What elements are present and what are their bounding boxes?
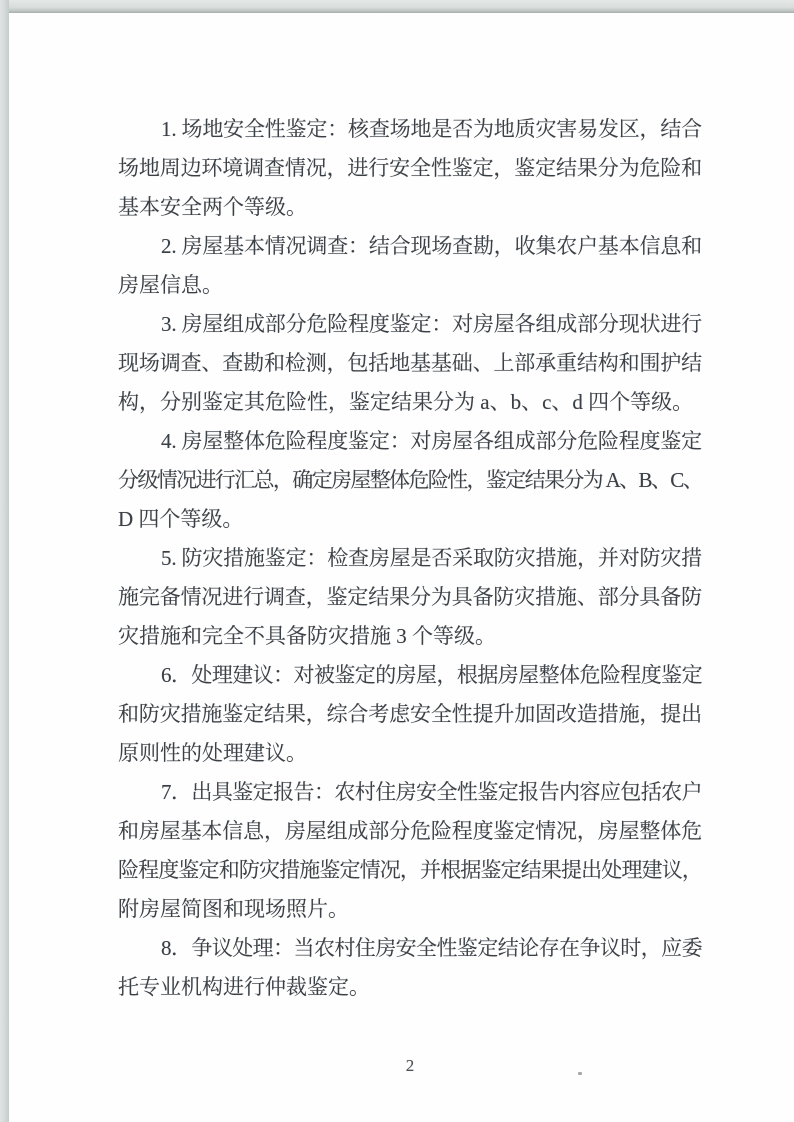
text-line: 7．出具鉴定报告：农村住房安全性鉴定报告内容应包括农户 (118, 773, 702, 812)
text-line: 和房屋基本信息，房屋组成部分危险程度鉴定情况，房屋整体危 (118, 812, 702, 851)
document-paragraph: 8．争议处理：当农村住房安全性鉴定结论存在争议时，应委托专业机构进行仲裁鉴定。 (118, 929, 702, 1007)
scan-edge-top (0, 0, 794, 13)
document-body: 1. 场地安全性鉴定：核查场地是否为地质灾害易发区，结合场地周边环境调查情况，进… (118, 110, 702, 1007)
text-line: D 四个等级。 (118, 500, 702, 539)
document-paragraph: 2. 房屋基本情况调查：结合现场查勘，收集农户基本信息和房屋信息。 (118, 227, 702, 305)
text-line: 场地周边环境调查情况，进行安全性鉴定，鉴定结果分为危险和 (118, 149, 702, 188)
text-line: 施完备情况进行调查，鉴定结果分为具备防灾措施、部分具备防 (118, 578, 702, 617)
text-line: 和防灾措施鉴定结果，综合考虑安全性提升加固改造措施，提出 (118, 695, 702, 734)
text-line: 附房屋简图和现场照片。 (118, 890, 702, 929)
text-line: 2. 房屋基本情况调查：结合现场查勘，收集农户基本信息和 (118, 227, 702, 266)
text-line: 基本安全两个等级。 (118, 188, 702, 227)
text-line: 托专业机构进行仲裁鉴定。 (118, 968, 702, 1007)
text-line: 构，分别鉴定其危险性，鉴定结果分为 a、b、c、d 四个等级。 (118, 383, 702, 422)
scan-edge-left (0, 0, 9, 1122)
document-paragraph: 7．出具鉴定报告：农村住房安全性鉴定报告内容应包括农户和房屋基本信息，房屋组成部… (118, 773, 702, 929)
page-number: 2 (118, 1056, 702, 1076)
text-line: 5. 防灾措施鉴定：检查房屋是否采取防灾措施，并对防灾措 (118, 539, 702, 578)
scan-speck-artifact (578, 1072, 582, 1075)
document-paragraph: 5. 防灾措施鉴定：检查房屋是否采取防灾措施，并对防灾措施完备情况进行调查，鉴定… (118, 539, 702, 656)
text-line: 险程度鉴定和防灾措施鉴定情况，并根据鉴定结果提出处理建议， (118, 851, 702, 890)
document-paragraph: 3. 房屋组成部分危险程度鉴定：对房屋各组成部分现状进行现场调查、查勘和检测，包… (118, 305, 702, 422)
text-line: 4. 房屋整体危险程度鉴定：对房屋各组成部分危险程度鉴定 (118, 422, 702, 461)
document-paragraph: 1. 场地安全性鉴定：核查场地是否为地质灾害易发区，结合场地周边环境调查情况，进… (118, 110, 702, 227)
text-line: 6．处理建议：对被鉴定的房屋，根据房屋整体危险程度鉴定 (118, 656, 702, 695)
text-line: 1. 场地安全性鉴定：核查场地是否为地质灾害易发区，结合 (118, 110, 702, 149)
scanned-document-page: 1. 场地安全性鉴定：核查场地是否为地质灾害易发区，结合场地周边环境调查情况，进… (0, 0, 794, 1122)
text-line: 8．争议处理：当农村住房安全性鉴定结论存在争议时，应委 (118, 929, 702, 968)
text-line: 灾措施和完全不具备防灾措施 3 个等级。 (118, 617, 702, 656)
document-paragraph: 4. 房屋整体危险程度鉴定：对房屋各组成部分危险程度鉴定分级情况进行汇总，确定房… (118, 422, 702, 539)
text-line: 分级情况进行汇总，确定房屋整体危险性，鉴定结果分为 A、B、C、 (118, 461, 702, 500)
text-line: 房屋信息。 (118, 266, 702, 305)
text-line: 原则性的处理建议。 (118, 734, 702, 773)
text-line: 现场调查、查勘和检测，包括地基基础、上部承重结构和围护结 (118, 344, 702, 383)
document-paragraph: 6．处理建议：对被鉴定的房屋，根据房屋整体危险程度鉴定和防灾措施鉴定结果，综合考… (118, 656, 702, 773)
text-line: 3. 房屋组成部分危险程度鉴定：对房屋各组成部分现状进行 (118, 305, 702, 344)
